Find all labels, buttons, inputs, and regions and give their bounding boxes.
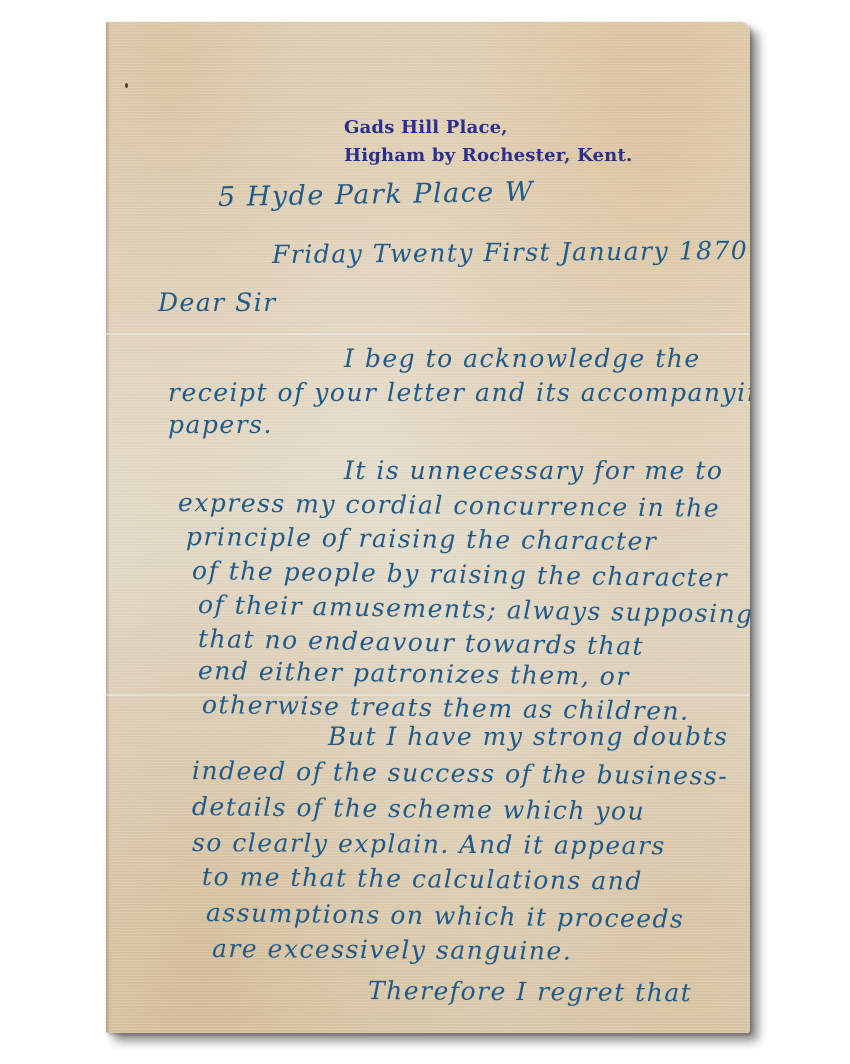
body-line: receipt of your letter and its accompany…	[168, 378, 750, 407]
letterhead-line-1: Gads Hill Place,	[344, 114, 632, 142]
body-line: I beg to acknowledge the	[344, 344, 701, 373]
sender-address: 5 Hyde Park Place W	[218, 176, 535, 213]
stage: Gads Hill Place, Higham by Rochester, Ke…	[0, 0, 850, 1064]
body-line: details of the scheme which you	[192, 792, 645, 826]
body-line: It is unnecessary for me to	[344, 456, 723, 485]
body-line: express my cordial concurrence in the	[178, 488, 720, 523]
body-line: indeed of the success of the business-	[192, 756, 728, 791]
body-line: end either patronizes them, or	[198, 656, 630, 691]
letterhead: Gads Hill Place, Higham by Rochester, Ke…	[344, 114, 632, 170]
body-line: so clearly explain. And it appears	[192, 828, 666, 860]
letter-page: Gads Hill Place, Higham by Rochester, Ke…	[106, 22, 750, 1033]
body-line: to me that the calculations and	[202, 862, 643, 896]
body-line: principle of raising the character	[186, 522, 658, 556]
body-line: But I have my strong doubts	[328, 722, 728, 751]
body-line: papers.	[168, 410, 273, 439]
body-line: otherwise treats them as children.	[202, 690, 690, 726]
fold-line	[106, 332, 750, 336]
salutation: Dear Sir	[158, 288, 277, 317]
body-line: assumptions on which it proceeds	[206, 898, 685, 934]
letter-date: Friday Twenty First January 1870.	[272, 236, 750, 269]
ink-speck	[125, 83, 128, 88]
body-line: that no endeavour towards that	[198, 624, 645, 661]
body-line: Therefore I regret that	[368, 976, 692, 1007]
letterhead-line-2: Higham by Rochester, Kent.	[344, 142, 632, 170]
body-line: of the people by raising the character	[192, 556, 728, 592]
body-line: of their amusements; always supposing	[198, 590, 750, 629]
body-line: are excessively sanguine.	[212, 934, 572, 966]
